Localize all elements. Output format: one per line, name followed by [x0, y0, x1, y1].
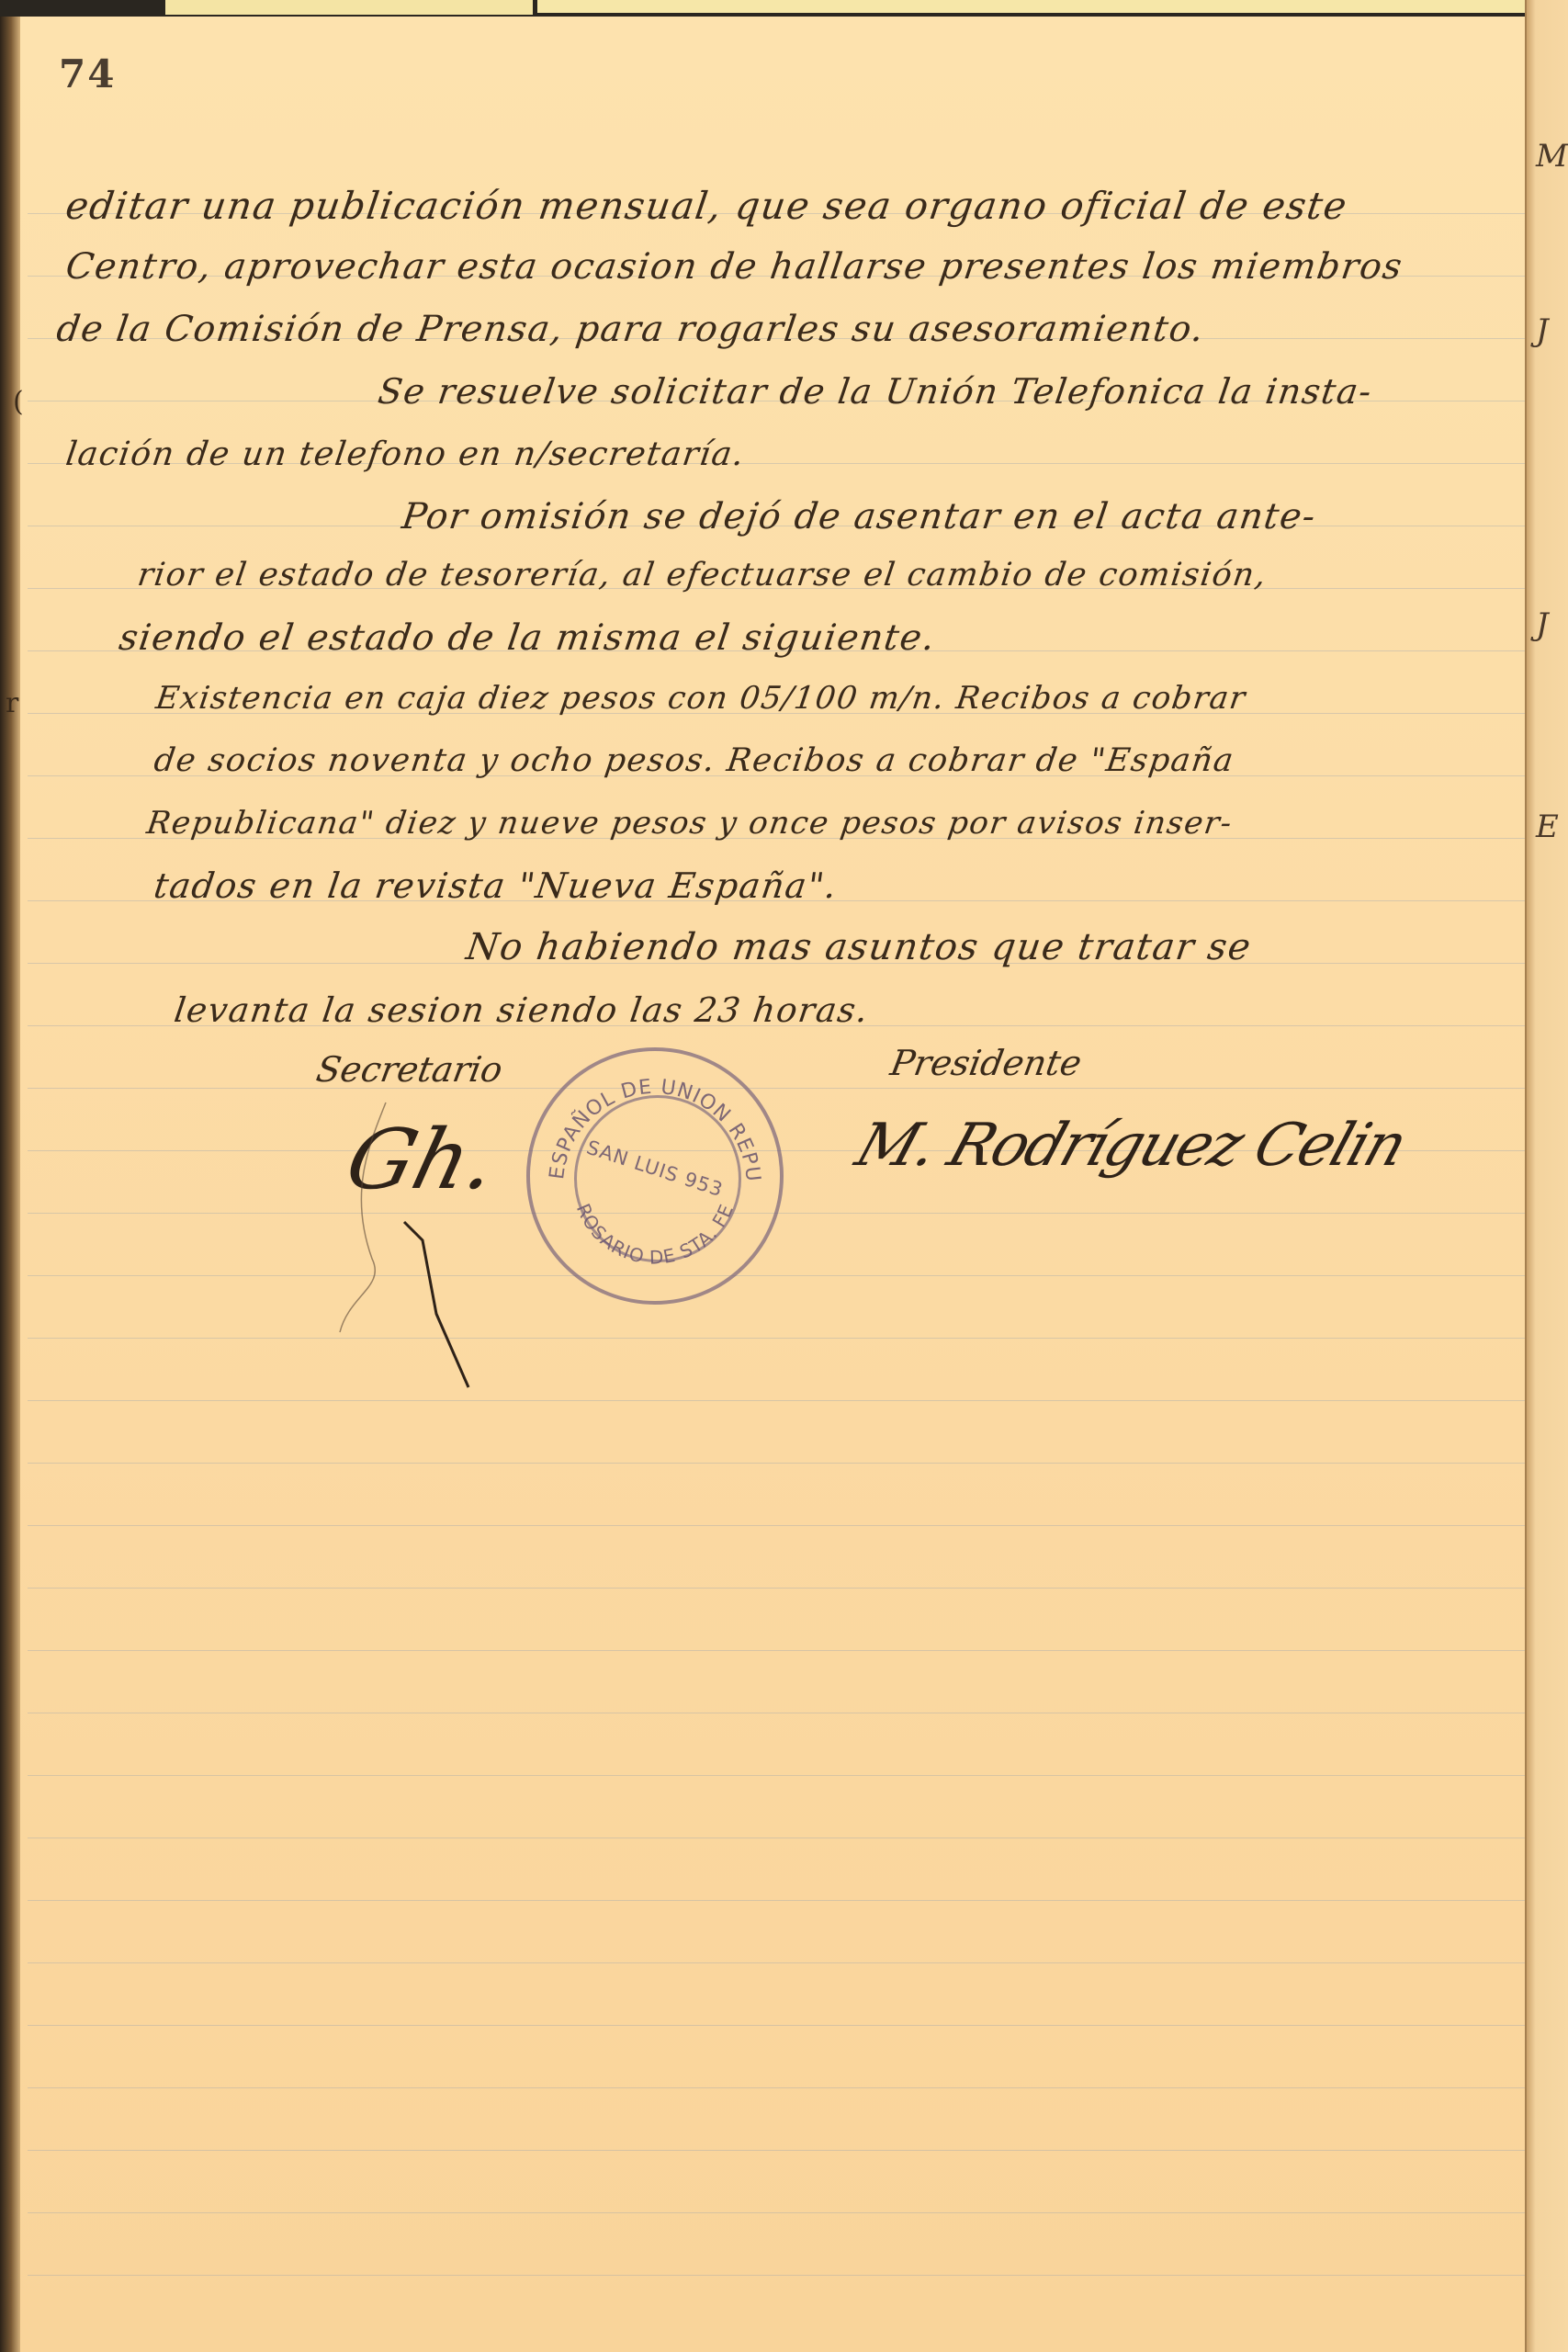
ruled-line — [28, 1650, 1525, 1651]
page-number: 74 — [59, 51, 116, 96]
ruled-line — [28, 2150, 1525, 2151]
secretary-label: Secretario — [313, 1049, 505, 1090]
minutes-line: lación de un telefono en n/secretaría. — [63, 435, 747, 473]
adjacent-paper-edge — [165, 0, 533, 15]
minutes-line: Centro, aprovechar esta ocasion de halla… — [63, 246, 1405, 288]
ruled-line — [28, 1962, 1525, 1963]
minutes-line: de la Comisión de Prensa, para rogarles … — [54, 309, 1207, 350]
ruled-line — [28, 1463, 1525, 1464]
minutes-line: Republicana" diez y nueve pesos y once p… — [144, 805, 1235, 842]
secretary-signature-stroke — [331, 1093, 514, 1396]
left-margin-mark: ( — [13, 386, 24, 418]
book-binding-edge — [0, 17, 20, 2352]
adjacent-page-fragment: E — [1536, 808, 1559, 845]
next-page-edge — [1525, 0, 1568, 2352]
page-fold-line — [1525, 0, 1527, 2352]
ruled-line — [28, 1837, 1525, 1838]
adjacent-page-fragment: M — [1536, 138, 1568, 175]
minutes-line: Existencia en caja diez pesos con 05/100… — [153, 680, 1248, 717]
ruled-line — [28, 2025, 1525, 2026]
ruled-line — [28, 1775, 1525, 1776]
minutes-line: Se resuelve solicitar de la Unión Telefo… — [376, 371, 1375, 412]
adjacent-page-fragment: J — [1536, 312, 1549, 349]
ruled-line — [28, 1400, 1525, 1401]
ruled-line — [28, 1713, 1525, 1713]
president-label: Presidente — [887, 1043, 1085, 1083]
minutes-line: siendo el estado de la misma el siguient… — [117, 617, 939, 659]
minutes-line: tados en la revista "Nueva España". — [152, 865, 840, 906]
left-margin-mark: r — [6, 687, 18, 719]
ruled-line — [28, 1525, 1525, 1526]
minutes-line: rior el estado de tesorería, al efectuar… — [135, 557, 1269, 594]
ruled-line — [28, 2087, 1525, 2088]
minutes-line: de socios noventa y ocho pesos. Recibos … — [152, 742, 1236, 779]
minutes-line: levanta la sesion siendo las 23 horas. — [172, 990, 872, 1030]
ruled-line — [28, 1338, 1525, 1339]
adjacent-paper-edge — [537, 0, 1557, 13]
ruled-line — [28, 2275, 1525, 2276]
adjacent-page-fragment: J — [1536, 606, 1549, 643]
president-signature: M. Rodríguez Celin — [848, 1112, 1414, 1180]
ruled-line — [28, 2212, 1525, 2213]
minutes-line: editar una publicación mensual, que sea … — [63, 184, 1351, 228]
ruled-line — [28, 1588, 1525, 1589]
minutes-line: No habiendo mas asuntos que tratar se — [464, 926, 1255, 968]
organization-stamp: CENTRO ESPAÑOL DE UNION REPUBLICANA ROSA… — [526, 1047, 784, 1305]
minutes-line: Por omisión se dejó de asentar en el act… — [400, 496, 1319, 537]
ruled-line — [28, 1900, 1525, 1901]
